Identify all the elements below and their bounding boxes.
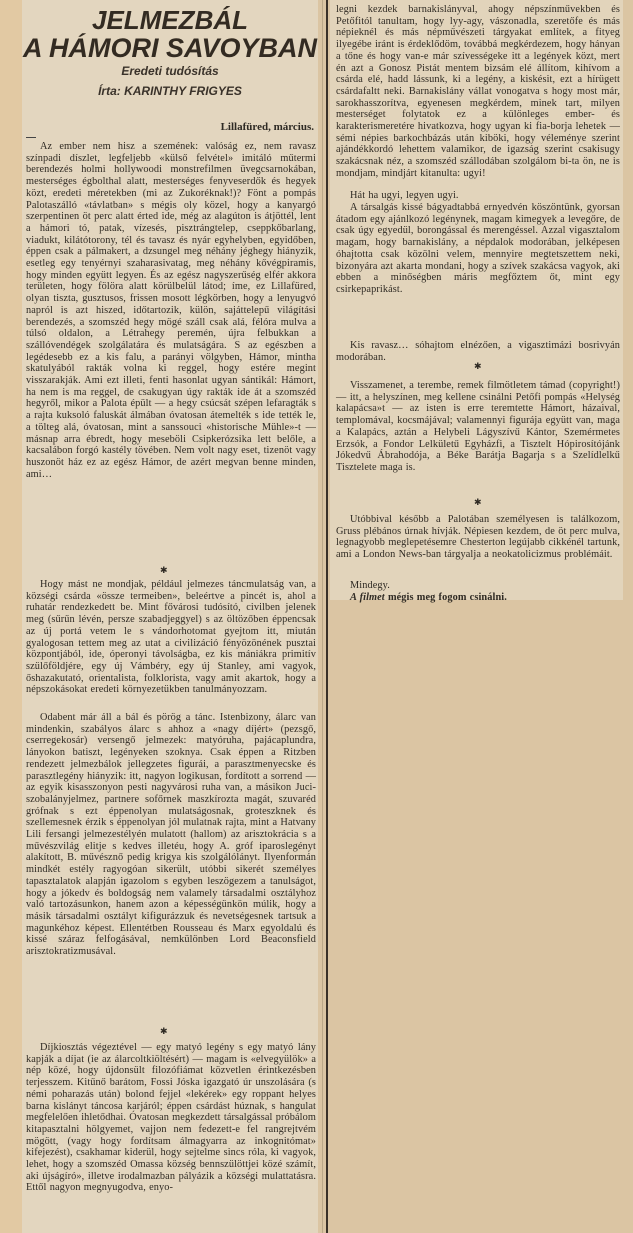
paragraph-ugyi: Hát ha ugyi, legyen ugyi. [336,190,620,202]
paragraph-costume-ball: Hogy mást ne mondjak, például jelmezes t… [26,579,316,696]
article-byline: Írta: KARINTHY FRIGYES [22,84,318,98]
paragraph-closing: A filmet mégis meg fogom csinálni. [336,592,620,604]
column-rule [326,0,328,1233]
scan-edge-strip [0,0,22,1233]
paragraph-conversation-end: A társalgás kissé bágyadtabbá ernyedvén … [336,202,620,296]
paragraph-intro: Az ember nem hisz a szemének: valóság ez… [26,141,316,480]
section-separator-2: ✱ [160,1027,168,1037]
headline-line-1: JELMEZBÁL [22,6,318,34]
headline-line-2: A HÁMORI SAVOYBAN [22,34,318,62]
closing-italic: A filmet [350,592,385,603]
section-separator-3: ✱ [474,362,482,372]
column-shadow-line [322,0,323,1233]
paragraph-dance: Odabent már áll a bál és pörög a tánc. I… [26,712,316,958]
closing-rest: mégis meg fogom csinálni. [388,592,507,603]
paragraph-mindegy: Mindegy. [336,580,620,592]
article-dateline: Lillafüred, március. [22,121,314,133]
paragraph-prize: Díjkiosztás végeztével — egy matyó legén… [26,1042,316,1194]
section-separator-1: ✱ [160,566,168,576]
blank-paper-area [330,600,633,1233]
section-separator-4: ✱ [474,498,482,508]
short-rule [26,137,36,138]
paragraph-priest: Utóbbival később a Palotában személyesen… [336,514,620,561]
paragraph-sigh: Kis ravasz… sóhajtom elnézően, a vigaszt… [336,340,620,363]
article-headline: JELMEZBÁL A HÁMORI SAVOYBAN [22,6,318,62]
paragraph-film-idea: Visszamenet, a terembe, remek filmötlete… [336,380,620,474]
paragraph-conversation: legni kezdek barnakislányval, ahogy néps… [336,4,620,180]
article-subtitle: Eredeti tudósítás [22,64,318,78]
